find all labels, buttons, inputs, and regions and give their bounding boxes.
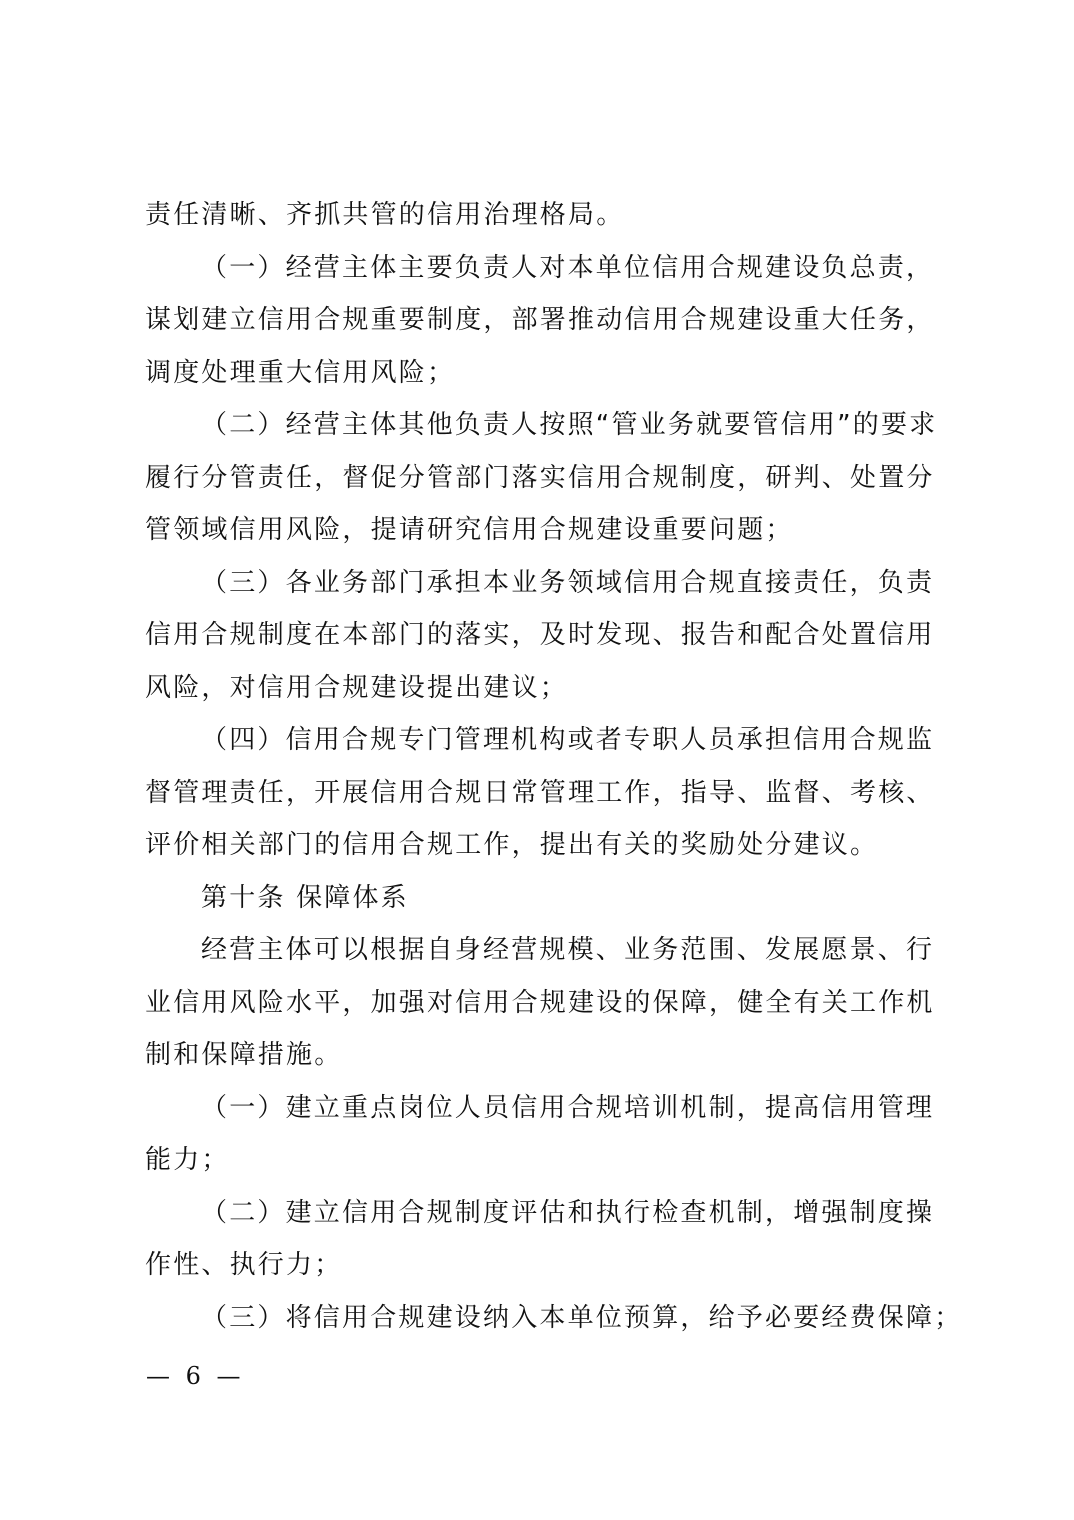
measure-1-line: （一）建立重点岗位人员信用合规培训机制，提高信用管理	[145, 1082, 945, 1135]
clause-3-heading-line: （三）各业务部门承担本业务领域信用合规直接责任，负责	[145, 557, 945, 610]
article-10-title: 第十条 保障体系	[145, 872, 945, 925]
document-page: 责任清晰、齐抓共管的信用治理格局。 （一）经营主体主要负责人对本单位信用合规建设…	[0, 0, 1074, 1520]
text-line: 责任清晰、齐抓共管的信用治理格局。	[145, 189, 945, 242]
clause-4-heading-line: （四）信用合规专门管理机构或者专职人员承担信用合规监	[145, 714, 945, 767]
clause-2-heading-line: （二）经营主体其他负责人按照“管业务就要管信用”的要求	[145, 399, 945, 452]
text-line: 管领域信用风险，提请研究信用合规建设重要问题；	[145, 504, 945, 557]
text-line: 评价相关部门的信用合规工作，提出有关的奖励处分建议。	[145, 819, 945, 872]
body-text: 责任清晰、齐抓共管的信用治理格局。 （一）经营主体主要负责人对本单位信用合规建设…	[145, 189, 945, 1344]
text-line: 制和保障措施。	[145, 1029, 945, 1082]
text-line: 督管理责任，开展信用合规日常管理工作，指导、监督、考核、	[145, 767, 945, 820]
measure-2-line: （二）建立信用合规制度评估和执行检查机制，增强制度操	[145, 1187, 945, 1240]
text-line: 作性、执行力；	[145, 1239, 945, 1292]
text-line: 能力；	[145, 1134, 945, 1187]
text-line: 信用合规制度在本部门的落实，及时发现、报告和配合处置信用	[145, 609, 945, 662]
article-10-intro-line: 经营主体可以根据自身经营规模、业务范围、发展愿景、行	[145, 924, 945, 977]
measure-3-line: （三）将信用合规建设纳入本单位预算，给予必要经费保障；	[145, 1292, 945, 1345]
text-line: 履行分管责任，督促分管部门落实信用合规制度，研判、处置分	[145, 452, 945, 505]
text-line: 风险，对信用合规建设提出建议；	[145, 662, 945, 715]
text-line: 谋划建立信用合规重要制度，部署推动信用合规建设重大任务，	[145, 294, 945, 347]
clause-1-heading-line: （一）经营主体主要负责人对本单位信用合规建设负总责，	[145, 242, 945, 295]
text-line: 调度处理重大信用风险；	[145, 347, 945, 400]
page-number: — 6 —	[146, 1362, 245, 1390]
text-line: 业信用风险水平，加强对信用合规建设的保障，健全有关工作机	[145, 977, 945, 1030]
